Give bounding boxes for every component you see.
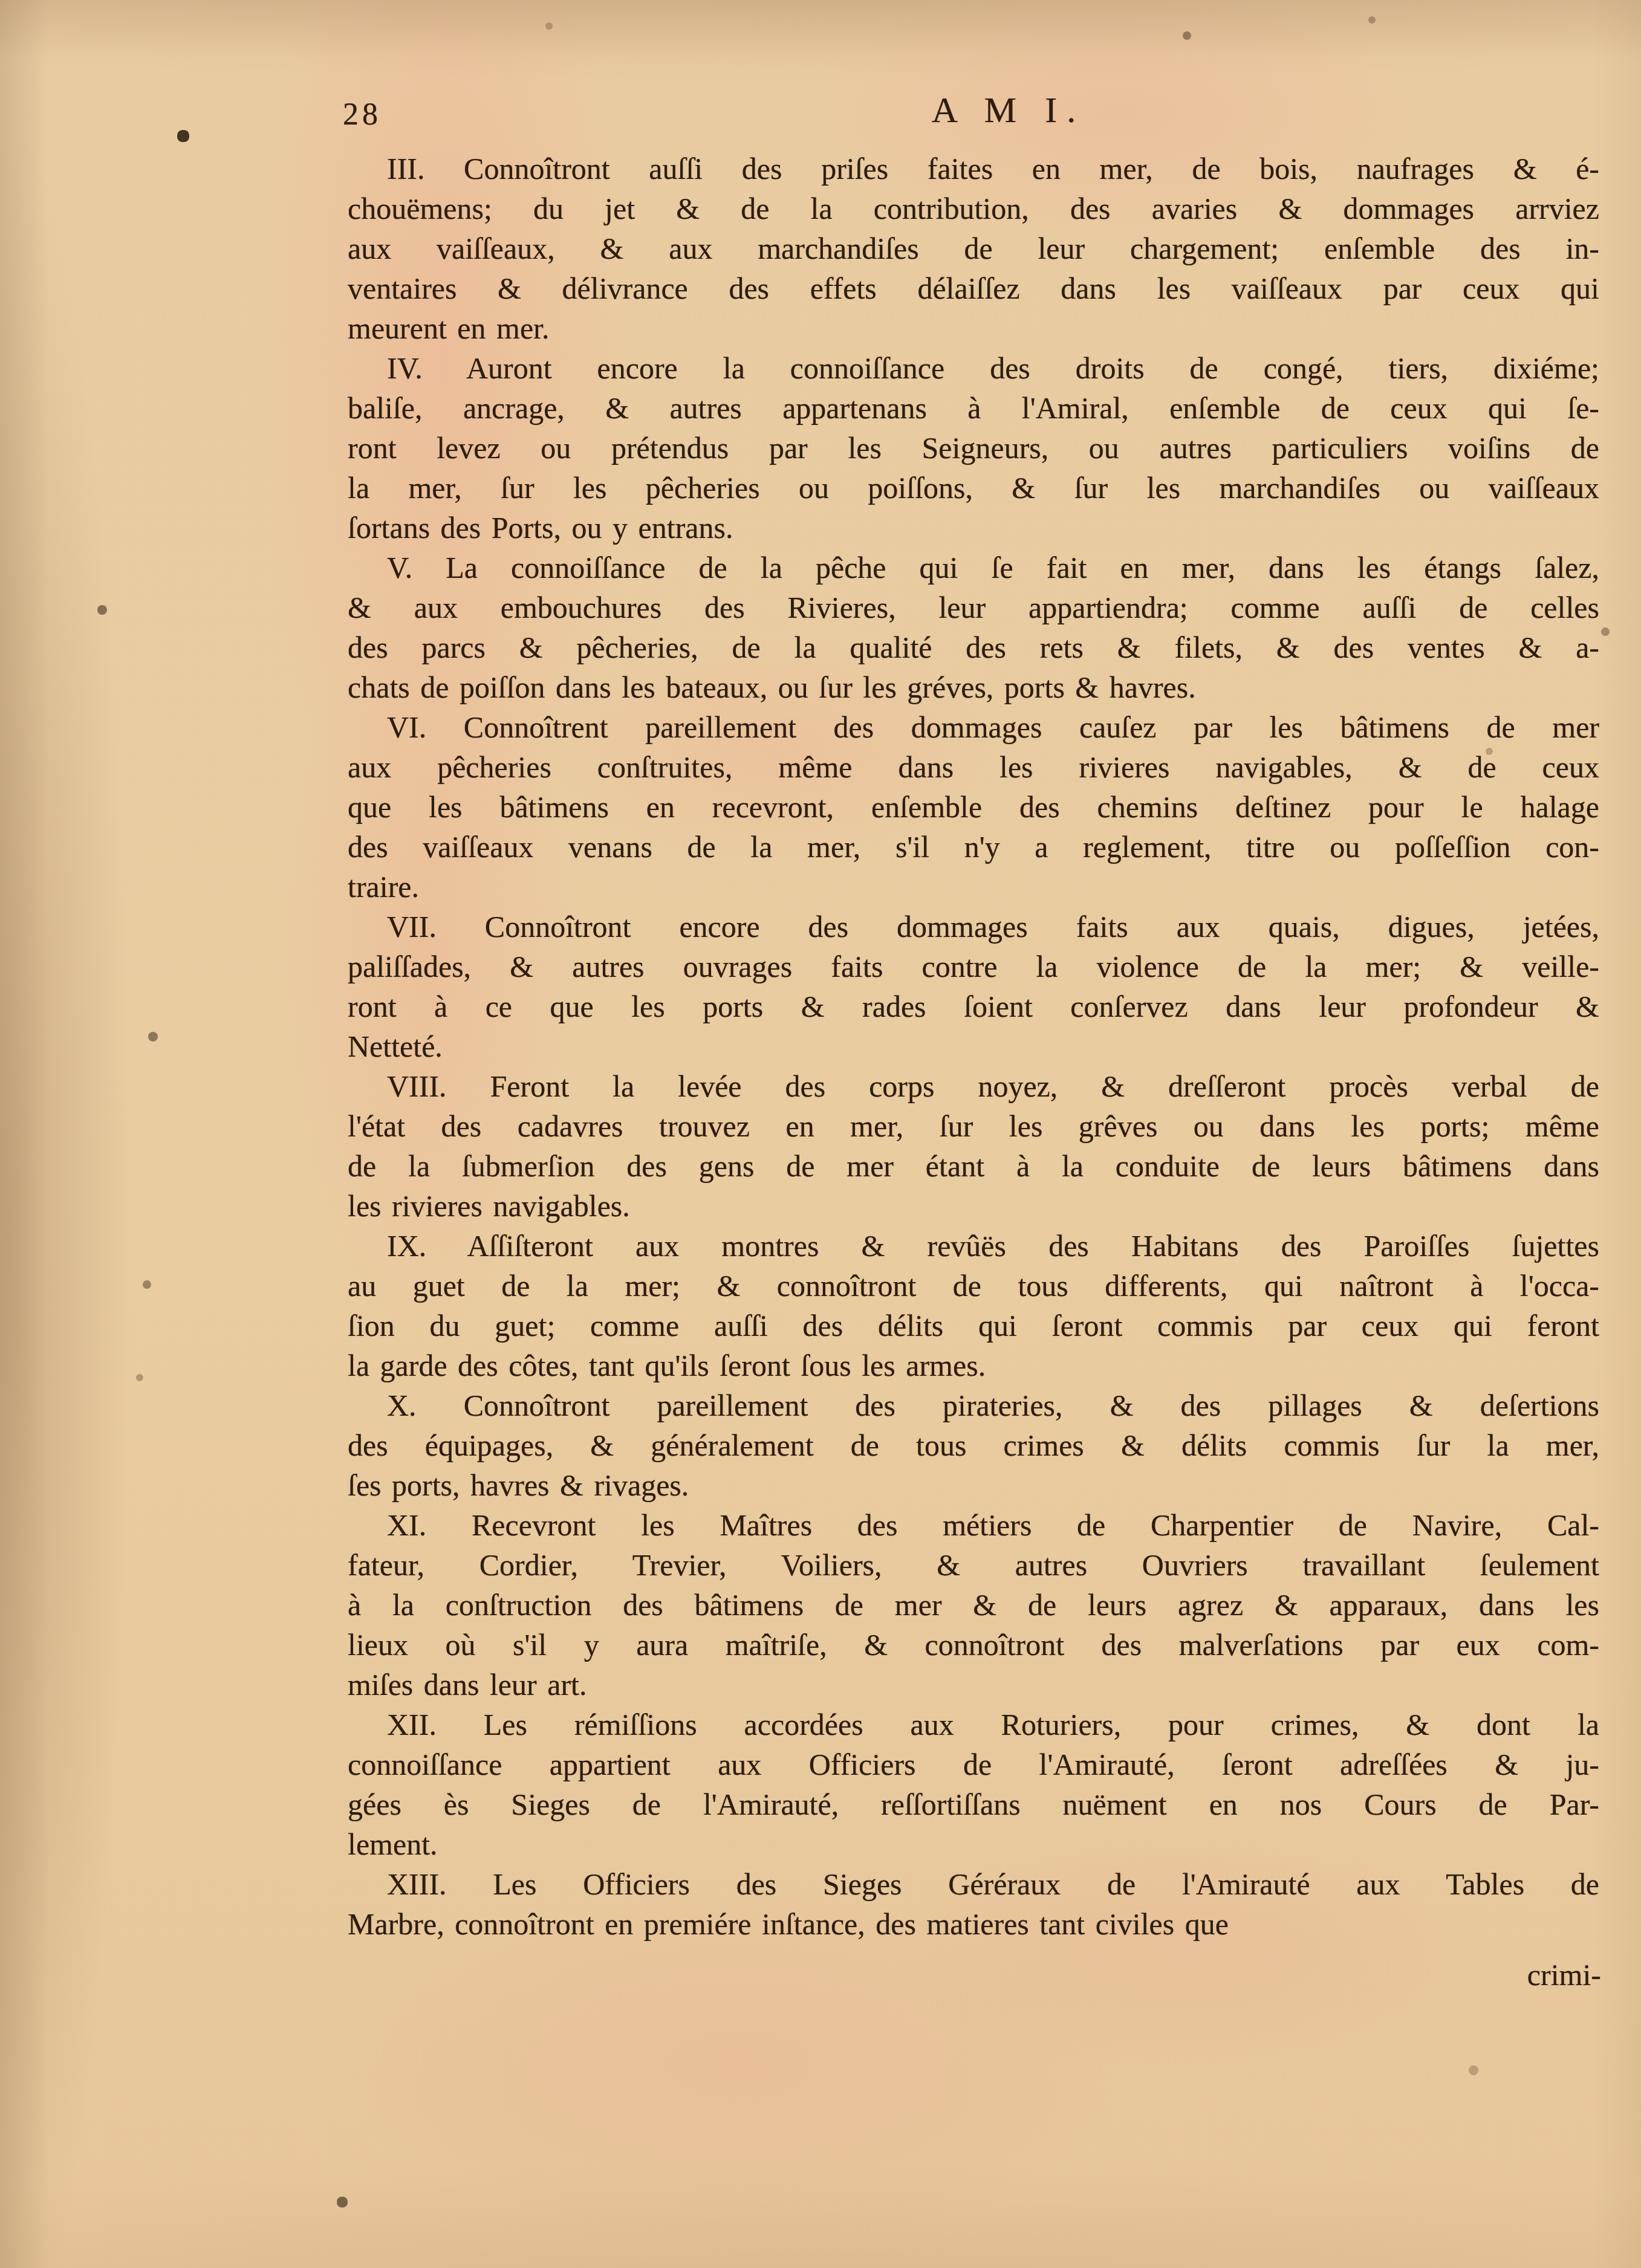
text-line: des équipages, & généralement de tous cr… — [348, 1425, 1599, 1465]
paragraph-XIII: XIII. Les Officiers des Sieges Géréraux … — [348, 1864, 1599, 1944]
paragraph-IV: IV. Auront encore la connoiſſance des dr… — [348, 348, 1599, 548]
page-number: 28 — [343, 97, 382, 132]
book-page-scan: 28 A M I. III. Connoîtront auſſi des pri… — [0, 0, 1641, 2268]
text-line: ſion du guet; comme auſſi des délits qui… — [348, 1306, 1599, 1346]
text-line: chouëmens; du jet & de la contribution, … — [348, 189, 1599, 228]
text-line: les rivieres navigables. — [348, 1186, 1599, 1226]
text-line: gées ès Sieges de l'Amirauté, reſſortiſſ… — [348, 1784, 1599, 1824]
text-line: la garde des côtes, tant qu'ils ſeront ſ… — [348, 1346, 1599, 1385]
paragraph-VI: VI. Connoîtrent pareillement des dommage… — [348, 707, 1599, 907]
text-line: VII. Connoîtront encore des dommages fai… — [348, 907, 1599, 947]
text-line: ſortans des Ports, ou y entrans. — [348, 508, 1599, 548]
text-line: miſes dans leur art. — [348, 1665, 1599, 1705]
text-line: aux vaiſſeaux, & aux marchandiſes de leu… — [348, 228, 1599, 268]
paragraph-IX: IX. Aſſiſteront aux montres & revûës des… — [348, 1226, 1599, 1385]
text-line: traire. — [348, 867, 1599, 907]
text-line: meurent en mer. — [348, 308, 1599, 348]
text-line: aux pêcheries conſtruites, même dans les… — [348, 747, 1599, 787]
text-line: IX. Aſſiſteront aux montres & revûës des… — [348, 1226, 1599, 1266]
text-line: l'état des cadavres trouvez en mer, ſur … — [348, 1106, 1599, 1146]
paragraph-VIII: VIII. Feront la levée des corps noyez, &… — [348, 1066, 1599, 1226]
text-line: & aux embouchures des Rivieres, leur app… — [348, 588, 1599, 627]
text-line: lement. — [348, 1824, 1599, 1864]
text-line: la mer, ſur les pêcheries ou poiſſons, &… — [348, 468, 1599, 508]
text-line: ventaires & délivrance des effets délaiſ… — [348, 268, 1599, 308]
text-line: Netteté. — [348, 1026, 1599, 1066]
text-line: ront à ce que les ports & rades ſoient c… — [348, 987, 1599, 1026]
paragraph-XI: XI. Recevront les Maîtres des métiers de… — [348, 1505, 1599, 1705]
running-title: A M I. — [932, 89, 1085, 131]
text-line: des vaiſſeaux venans de la mer, s'il n'y… — [348, 827, 1599, 867]
text-line: de la ſubmerſion des gens de mer étant à… — [348, 1146, 1599, 1186]
text-line: connoiſſance appartient aux Officiers de… — [348, 1745, 1599, 1784]
text-line: que les bâtimens en recevront, enſemble … — [348, 787, 1599, 827]
text-line: X. Connoîtront pareillement des pirateri… — [348, 1385, 1599, 1425]
paragraph-III: III. Connoîtront auſſi des priſes faites… — [348, 149, 1599, 348]
paragraph-XII: XII. Les rémiſſions accordées aux Roturi… — [348, 1705, 1599, 1864]
paragraph-V: V. La connoiſſance de la pêche qui ſe fa… — [348, 548, 1599, 707]
text-line: ront levez ou prétendus par les Seigneur… — [348, 428, 1599, 468]
text-line: IV. Auront encore la connoiſſance des dr… — [348, 348, 1599, 388]
running-head: 28 A M I. — [348, 88, 1599, 143]
text-line: Marbre, connoîtront en premiére inſtance… — [348, 1904, 1599, 1944]
text-line: au guet de la mer; & connoîtront de tous… — [348, 1266, 1599, 1306]
text-line: ſes ports, havres & rivages. — [348, 1465, 1599, 1505]
paragraph-X: X. Connoîtront pareillement des pirateri… — [348, 1385, 1599, 1505]
text-line: XII. Les rémiſſions accordées aux Roturi… — [348, 1705, 1599, 1745]
text-line: XIII. Les Officiers des Sieges Géréraux … — [348, 1864, 1599, 1904]
body-text: III. Connoîtront auſſi des priſes faites… — [348, 149, 1599, 1944]
text-line: VIII. Feront la levée des corps noyez, &… — [348, 1066, 1599, 1106]
text-line: baliſe, ancrage, & autres appartenans à … — [348, 388, 1599, 428]
text-line: V. La connoiſſance de la pêche qui ſe fa… — [348, 548, 1599, 588]
text-line: III. Connoîtront auſſi des priſes faites… — [348, 149, 1599, 189]
text-line: à la conſtruction des bâtimens de mer & … — [348, 1585, 1599, 1625]
text-line: XI. Recevront les Maîtres des métiers de… — [348, 1505, 1599, 1545]
text-line: fateur, Cordier, Trevier, Voiliers, & au… — [348, 1545, 1599, 1585]
text-line: des parcs & pêcheries, de la qualité des… — [348, 627, 1599, 667]
text-line: lieux où s'il y aura maîtriſe, & connoît… — [348, 1625, 1599, 1665]
text-line: VI. Connoîtrent pareillement des dommage… — [348, 707, 1599, 747]
text-line: paliſſades, & autres ouvrages faits cont… — [348, 947, 1599, 987]
catchword: crimi- — [1527, 1957, 1601, 1992]
ink-speck-marks — [0, 0, 4, 4]
text-line: chats de poiſſon dans les bateaux, ou ſu… — [348, 667, 1599, 707]
paragraph-VII: VII. Connoîtront encore des dommages fai… — [348, 907, 1599, 1066]
